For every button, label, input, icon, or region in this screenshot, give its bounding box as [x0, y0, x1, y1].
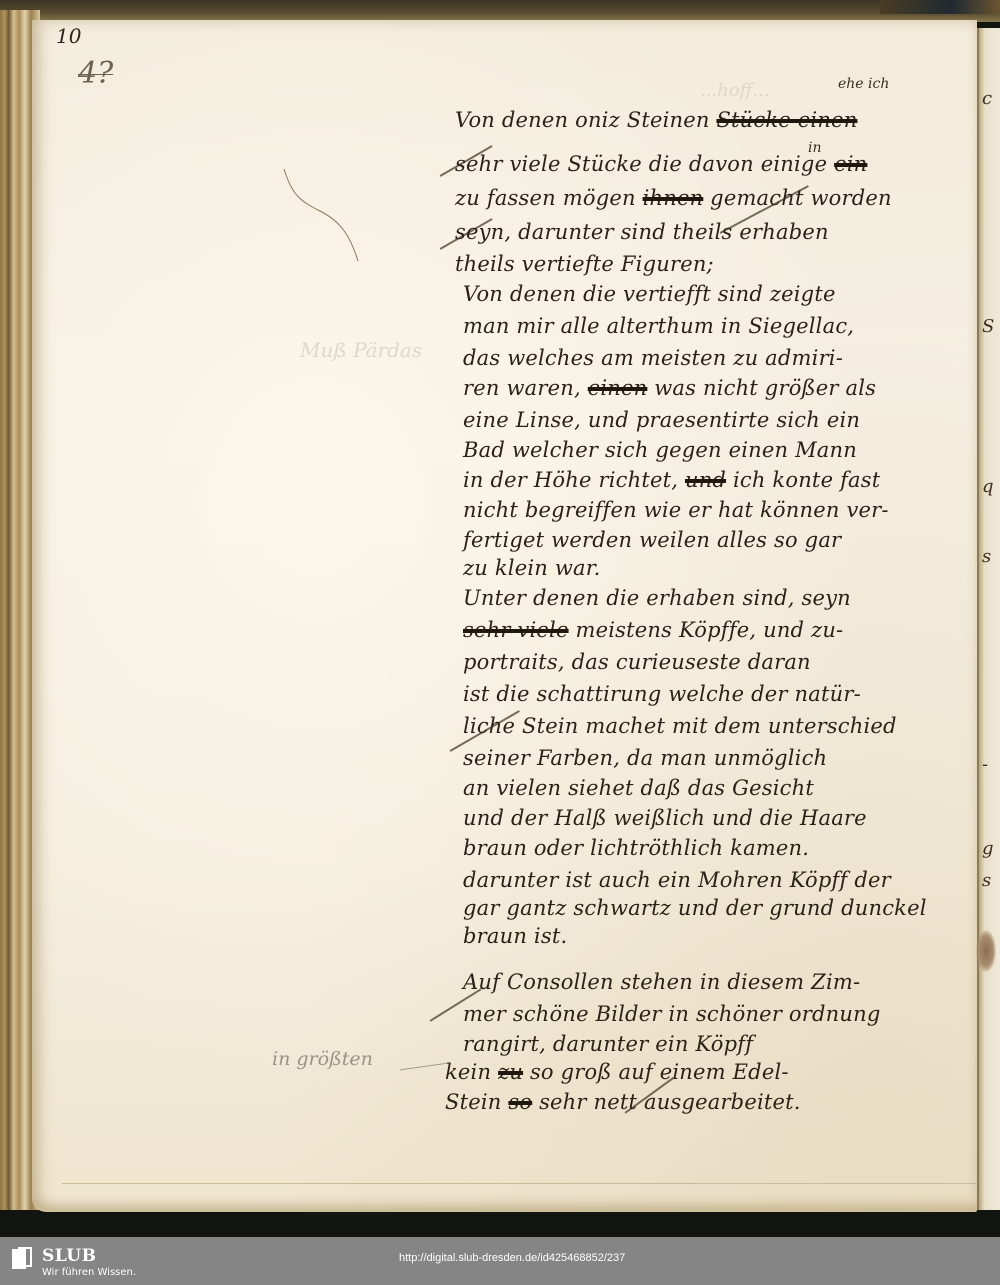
manuscript-line: man mir alle alterthum in Siegellac,	[463, 314, 854, 338]
manuscript-line: Auf Consollen stehen in diesem Zim-	[463, 970, 860, 994]
bleed-through-text: Muß Pärdas	[300, 338, 422, 362]
manuscript-line: Von denen oniz Steinen Stücke einen	[455, 108, 857, 132]
manuscript-line: rangirt, darunter ein Köpff	[463, 1032, 753, 1056]
logo-name: SLUB	[42, 1247, 136, 1265]
manuscript-line: sehr viele Stücke die davon einige ein	[455, 152, 867, 176]
manuscript-line: braun oder lichtröthlich kamen.	[463, 836, 809, 860]
paper-fibre-mark	[280, 165, 370, 265]
manuscript-line: das welches am meisten zu admiri-	[463, 346, 843, 370]
manuscript-line: braun ist.	[463, 924, 567, 948]
manuscript-line: theils vertiefte Figuren;	[455, 252, 714, 276]
manuscript-line: nicht begreiffen wie er hat können ver-	[463, 498, 889, 522]
facing-page-fragment: -	[982, 756, 988, 774]
facing-page-fragment: g	[982, 840, 994, 858]
folio-number-old: 4?	[78, 56, 113, 91]
facing-page-sliver	[977, 28, 1000, 1210]
manuscript-line: eine Linse, und praesentirte sich ein	[463, 408, 860, 432]
permalink-url[interactable]: http://digital.slub-dresden.de/id4254688…	[399, 1252, 625, 1264]
manuscript-line: Bad welcher sich gegen einen Mann	[463, 438, 857, 462]
manuscript-line: seiner Farben, da man unmöglich	[463, 746, 827, 770]
folio-number: 10	[56, 24, 81, 48]
slub-logo[interactable]: SLUB Wir führen Wissen.	[10, 1247, 136, 1279]
manuscript-line: mer schöne Bilder in schöner ordnung	[463, 1002, 880, 1026]
manuscript-line: und der Halß weißlich und die Haare	[463, 806, 867, 830]
manuscript-line: darunter ist auch ein Mohren Köpff der	[463, 868, 891, 892]
manuscript-line: fertiget werden weilen alles so gar	[463, 528, 841, 552]
manuscript-line: portraits, das curieuseste daran	[463, 650, 811, 674]
facing-page-fragment: q	[982, 478, 994, 496]
logo-tagline: Wir führen Wissen.	[42, 1266, 136, 1279]
manuscript-line: Von denen die vertiefft sind zeigte	[463, 282, 836, 306]
manuscript-line: Unter denen die erhaben sind, seyn	[463, 586, 851, 610]
facing-page-fragment: s	[982, 548, 991, 566]
book-pages-icon	[10, 1247, 34, 1269]
manuscript-scan: c S q s - g s 10 4? Muß Pärdas ...hoff..…	[0, 0, 1000, 1237]
manuscript-line: liche Stein machet mit dem unterschied	[463, 714, 897, 738]
manuscript-line: seyn, darunter sind theils erhaben	[455, 220, 829, 244]
manuscript-line: sehr viele meistens Köpffe, und zu-	[463, 618, 843, 642]
manuscript-line: gar gantz schwartz und der grund dunckel	[463, 896, 927, 920]
ink-stain	[976, 930, 996, 972]
manuscript-line: an vielen siehet daß das Gesicht	[463, 776, 814, 800]
margin-note: in größten	[272, 1048, 373, 1070]
facing-page-fragment: s	[982, 872, 991, 890]
manuscript-line: ren waren, einen was nicht größer als	[463, 376, 876, 400]
manuscript-line: kein zu so groß auf einem Edel-	[445, 1060, 789, 1084]
interlinear-insertion: ehe ich	[838, 76, 889, 92]
manuscript-line: ist die schattirung welche der natür-	[463, 682, 861, 706]
manuscript-line: zu fassen mögen ihnen gemacht worden	[455, 186, 892, 210]
book-top-edge	[0, 0, 1000, 22]
viewer-footer: SLUB Wir führen Wissen. http://digital.s…	[0, 1237, 1000, 1285]
facing-page-fragment: c	[982, 90, 992, 108]
manuscript-line: in der Höhe richtet, und ich konte fast	[463, 468, 880, 492]
facing-page-fragment: S	[982, 318, 994, 336]
bleed-through-text: ...hoff...	[700, 80, 770, 101]
book-top-edge-right	[880, 0, 1000, 14]
page-edge-rule	[62, 1183, 977, 1184]
manuscript-line: zu klein war.	[463, 556, 601, 580]
manuscript-line: Stein so sehr nett ausgearbeitet.	[445, 1090, 801, 1114]
